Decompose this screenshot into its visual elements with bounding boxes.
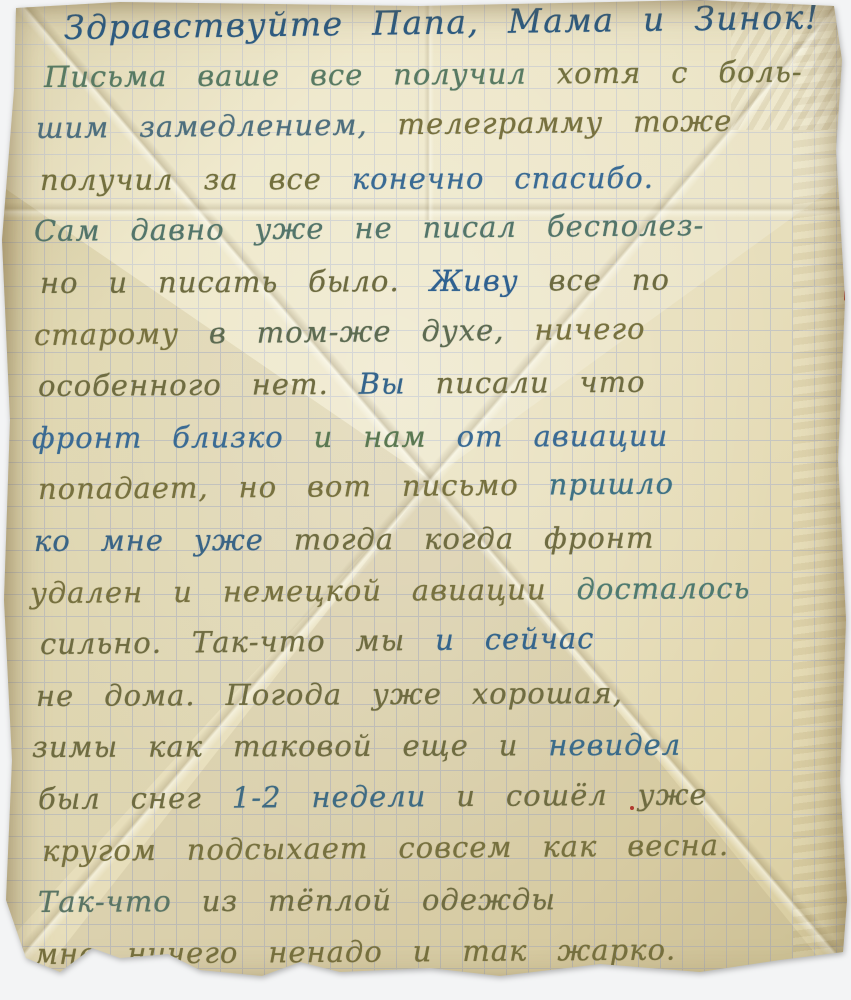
- letter-line: старому в том-же духе, ничего: [34, 311, 646, 351]
- letter-text-segment: зимы как таковой еще и: [32, 729, 549, 765]
- letter-text-segment: не дома. Погода уже хорошая,: [36, 676, 623, 713]
- letter-text-segment: Сам давно уже не писал бесполез-: [34, 209, 705, 249]
- letter-text-segment: тогда когда фронт: [294, 521, 655, 557]
- letter-text-segment: мне ничего ненадо и так жарко.: [34, 932, 676, 970]
- letter-text-segment: шим замедлением,: [36, 107, 398, 145]
- letter-text-segment: от авиации: [457, 419, 669, 454]
- letter-line: получил за все конечно спасибо.: [40, 161, 654, 197]
- letter-text-segment: писали что: [435, 365, 645, 400]
- scan-background: Здравствуйте Папа, Мама и Зинок!Письма в…: [0, 0, 851, 1000]
- letter-text-segment: Вы: [359, 366, 436, 401]
- letter-text-segment: досталось: [576, 571, 750, 606]
- letter-line: ко мне уже тогда когда фронт: [34, 521, 655, 558]
- letter-line: но и писать было. Живу все по: [40, 263, 670, 300]
- letter-text-segment: старому: [34, 316, 209, 352]
- red-corner-mark: [846, 2, 850, 17]
- letter-text: Здравствуйте Папа, Мама и Зинок!Письма в…: [0, 0, 851, 1000]
- letter-text-segment: Так-что: [38, 884, 202, 919]
- letter-line: мне ничего ненадо и так жарко.: [34, 932, 676, 970]
- letter-line: не дома. Погода уже хорошая,: [36, 676, 623, 713]
- letter-text-segment: и нам: [314, 419, 457, 453]
- letter-text-segment: получил за все: [40, 162, 352, 197]
- letter-text-segment: из тёплой одежды: [202, 882, 556, 918]
- letter-line: особенного нет. Вы писали что: [38, 365, 646, 403]
- letter-text-segment: фронт близко: [32, 420, 314, 455]
- letter-text-segment: ничего: [534, 311, 645, 346]
- letter-line: Сам давно уже не писал бесполез-: [34, 209, 705, 249]
- letter-text-segment: кругом подсыхает совсем как весна.: [42, 828, 729, 868]
- letter-text-segment: хотя с боль-: [557, 54, 803, 90]
- letter-text-segment: сильно. Так-что мы: [40, 623, 436, 661]
- letter-text-segment: невидел: [548, 728, 681, 762]
- letter-text-segment: особенного нет.: [38, 367, 359, 403]
- letter-text-segment: конечно спасибо.: [352, 161, 654, 196]
- letter-line: шим замедлением, телеграмму тоже: [36, 104, 733, 145]
- letter-line: Так-что из тёплой одежды: [38, 882, 556, 919]
- letter-text-segment: Письма ваше все получил: [44, 56, 557, 94]
- letter-text-segment: Живу: [430, 263, 549, 298]
- letter-text-segment: ко мне уже: [34, 523, 294, 558]
- letter-text-segment: и сейчас: [435, 621, 595, 657]
- letter-text-segment: телеграмму тоже: [397, 104, 732, 142]
- letter-text-segment: и сошёл уже: [456, 777, 708, 813]
- letter-paper: Здравствуйте Папа, Мама и Зинок!Письма в…: [0, 0, 851, 1000]
- letter-text-segment: был снег: [38, 781, 232, 816]
- letter-text-segment: 1-2 недели: [232, 779, 457, 815]
- letter-text-segment: Здравствуйте Папа, Мама и Зинок!: [64, 0, 820, 47]
- letter-text-segment: все по: [548, 263, 670, 298]
- letter-line: фронт близко и нам от авиации: [32, 419, 668, 455]
- letter-paper-wrapper: Здравствуйте Папа, Мама и Зинок!Письма в…: [0, 0, 851, 1000]
- letter-text-segment: но и писать было.: [40, 264, 430, 300]
- letter-line: Здравствуйте Папа, Мама и Зинок!: [64, 0, 820, 47]
- letter-line: сильно. Так-что мы и сейчас: [40, 621, 595, 661]
- letter-text-segment: попадает, но вот письмо: [38, 468, 549, 506]
- letter-text-segment: в том-же духе,: [209, 312, 535, 349]
- letter-line: был снег 1-2 недели и сошёл уже: [38, 777, 708, 816]
- letter-line: Письма ваше все получил хотя с боль-: [44, 54, 803, 93]
- letter-line: кругом подсыхает совсем как весна.: [42, 828, 729, 868]
- letter-line: попадает, но вот письмо пришло: [38, 467, 674, 507]
- letter-line: удален и немецкой авиации досталось: [30, 571, 751, 610]
- letter-text-segment: удален и немецкой авиации: [30, 572, 577, 610]
- letter-text-segment: пришло: [549, 467, 675, 502]
- letter-line: зимы как таковой еще и невидел: [32, 728, 681, 764]
